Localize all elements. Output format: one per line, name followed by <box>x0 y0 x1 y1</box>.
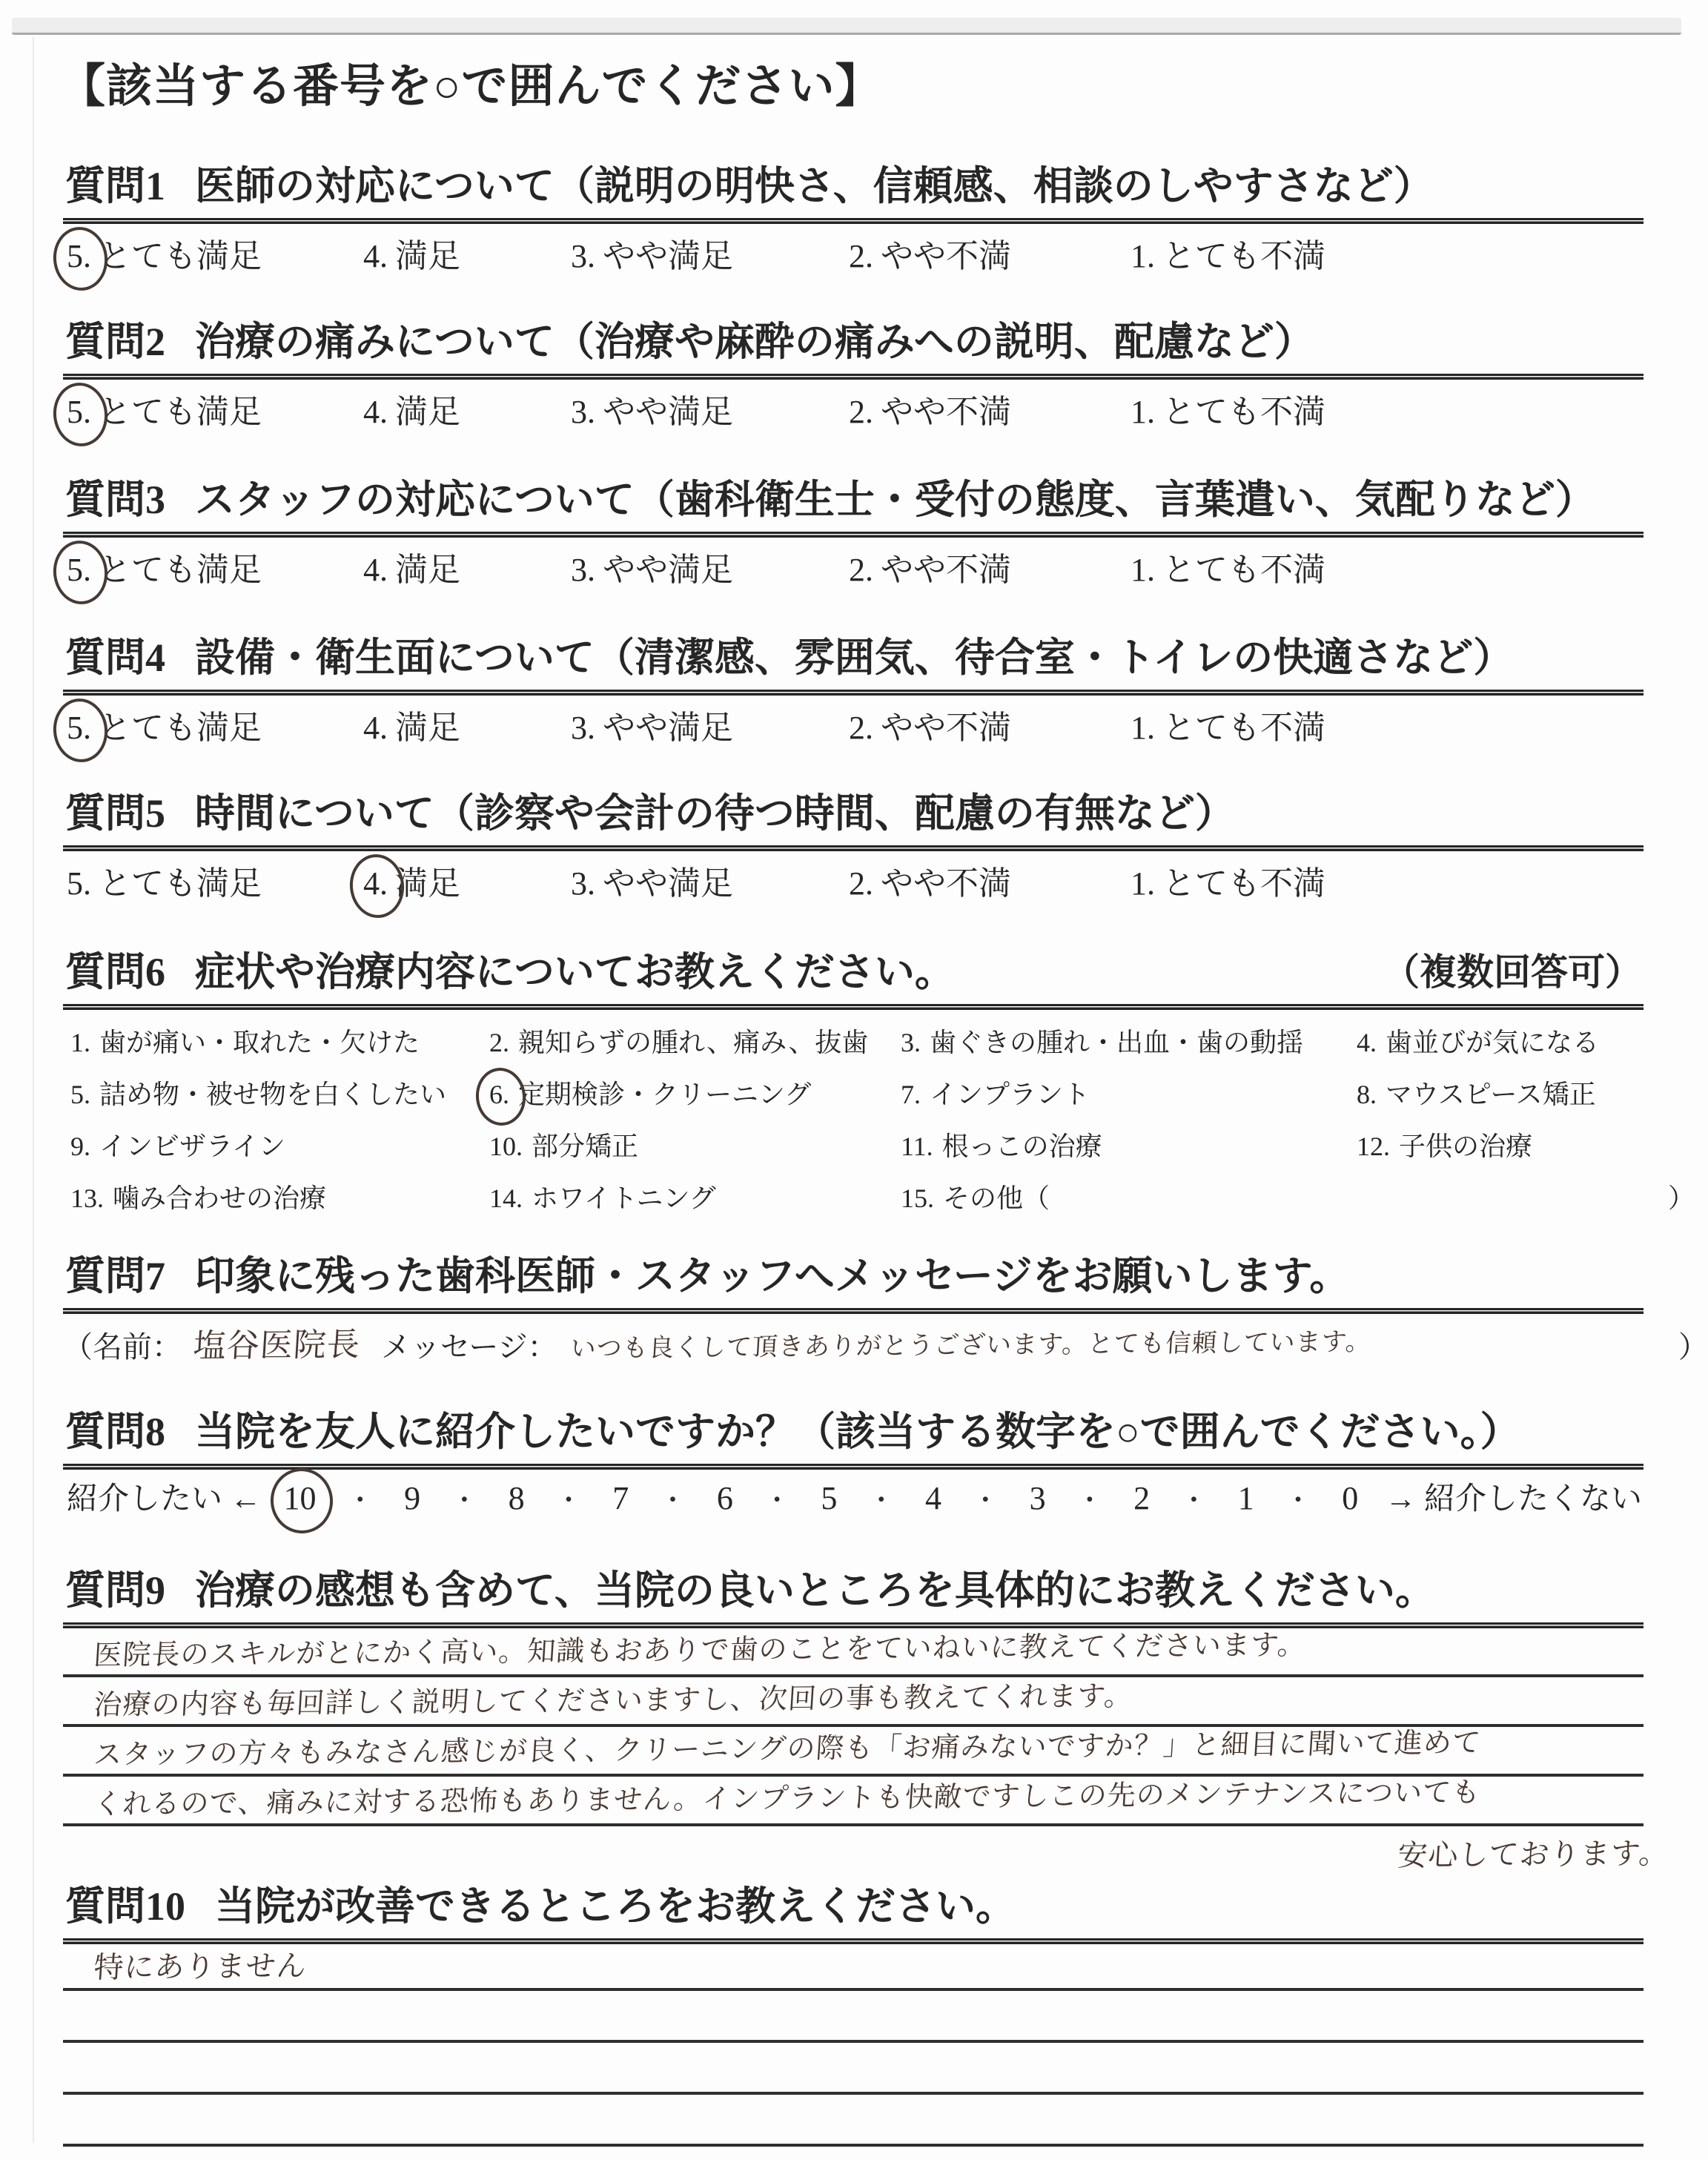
option-number-circle: 10. <box>489 1129 523 1164</box>
option-number: 5. <box>67 710 91 746</box>
option-label: とても満足 <box>99 863 262 905</box>
option-label: 子供の治療 <box>1399 1129 1532 1164</box>
question-8-title: 当院を友人に紹介したいですか？（該当する数字を○で囲んでください。） <box>195 1410 1520 1454</box>
question-2-option-4: 4.満足 <box>363 392 571 433</box>
question-6-option-11: 11.根っこの治療 <box>901 1129 1357 1164</box>
question-4-options: 5.とても満足 4.満足 3.やや満足 2.やや不満 1.とても不満 <box>67 707 1708 749</box>
scale-number-5: 5 <box>821 1477 837 1520</box>
question-5-option-3: 3.やや満足 <box>571 863 849 905</box>
message-field-prefix: メッセージ： <box>381 1327 557 1368</box>
option-number: 1. <box>1131 238 1155 274</box>
question-2-title: 治療の痛みについて（治療や麻酔の痛みへの説明、配慮など） <box>195 320 1314 364</box>
option-label: とても満足 <box>99 236 262 277</box>
question-5-option-2: 2.やや不満 <box>849 863 1131 905</box>
option-number: 12. <box>1357 1132 1390 1161</box>
option-number-circle: 5. <box>70 1077 90 1112</box>
question-5-label: 質問5 <box>65 791 165 836</box>
question-3-label: 質問3 <box>65 478 165 522</box>
option-number-circle: 2. <box>849 236 873 277</box>
question-6-option-13: 13.噛み合わせの治療 <box>70 1180 489 1216</box>
option-number-circle: 15. <box>901 1180 934 1216</box>
option-label: とても満足 <box>99 707 262 749</box>
question-7-header: 質問7印象に残った歯科医師・スタッフへメッセージをお願いします。 <box>65 1255 1708 1298</box>
option-number: 4. <box>1357 1028 1377 1057</box>
question-7-label: 質問7 <box>65 1254 165 1298</box>
question-2-option-5: 5.とても満足 <box>67 392 363 433</box>
option-number: 3. <box>571 865 595 902</box>
option-number: 2. <box>849 238 873 274</box>
option-number: 10. <box>489 1132 523 1161</box>
question-6-option-14: 14.ホワイトニング <box>489 1180 901 1216</box>
question-5: 質問5時間について（診察や会計の待つ時間、配慮の有無など） 5.とても満足 4.… <box>0 792 1708 905</box>
option-number: 3. <box>571 710 595 746</box>
question-1-label: 質問1 <box>65 164 165 208</box>
scale-left-label: 紹介したい ← <box>67 1478 262 1521</box>
questionnaire-scan-page: 【該当する番号を○で囲んでください】 質問1医師の対応について（説明の明快さ、信… <box>0 0 1708 2160</box>
question-10-header: 質問10当院が改善できるところをお教えください。 <box>65 1885 1708 1928</box>
question-5-header: 質問5時間について（診察や会計の待つ時間、配慮の有無など） <box>65 792 1708 835</box>
option-label: やや不満 <box>881 549 1011 591</box>
option-label: とても不満 <box>1162 236 1325 277</box>
option-number: 11. <box>901 1132 933 1161</box>
option-label: やや満足 <box>603 236 733 277</box>
question-10-title: 当院が改善できるところをお教えください。 <box>215 1884 1016 1929</box>
option-number-circle: 4. <box>1357 1025 1377 1060</box>
question-5-divider <box>63 845 1644 851</box>
option-number-circle: 1. <box>1131 392 1155 433</box>
option-number-circle: 1. <box>1131 863 1155 905</box>
option-label: インビザライン <box>99 1129 285 1164</box>
scale-number-8: 8 <box>509 1477 525 1520</box>
option-label: ホワイトニング <box>532 1180 716 1216</box>
question-5-option-5: 5.とても満足 <box>67 863 363 905</box>
scale-separator: ・ <box>347 1479 374 1522</box>
question-7-title: 印象に残った歯科医師・スタッフへメッセージをお願いします。 <box>195 1254 1349 1298</box>
option-number-circle: 2. <box>849 549 873 591</box>
handwritten-message: いつも良くして頂きありがとうございます。とても信頼しています。 <box>569 1318 1682 1370</box>
option-number: 2. <box>489 1028 509 1057</box>
option-label: とても満足 <box>99 549 262 591</box>
option-number-circle: 7. <box>901 1077 921 1112</box>
question-6-option-8: 8.マウスピース矯正 <box>1357 1077 1708 1112</box>
scale-separator: ・ <box>660 1479 686 1522</box>
option-label: とても不満 <box>1162 707 1325 749</box>
empty-answer-line <box>63 2095 1644 2147</box>
handwritten-answer-line-2: 治療の内容も毎回詳しく説明してくださいますし、次回の事も教えてくれます。 <box>93 1673 1134 1723</box>
question-6-options-grid: 1.歯が痛い・取れた・欠けた 2.親知らずの腫れ、痛み、抜歯 3.歯ぐきの腫れ・… <box>70 1025 1708 1232</box>
question-4-option-1: 1.とても不満 <box>1131 707 1325 749</box>
question-8-header: 質問8当院を友人に紹介したいですか？（該当する数字を○で囲んでください。） <box>65 1410 1708 1453</box>
option-label: やや不満 <box>881 392 1011 433</box>
question-8-divider <box>63 1464 1644 1470</box>
option-label: 満足 <box>395 236 460 277</box>
option-label: インプラント <box>930 1077 1090 1112</box>
scale-separator: ・ <box>868 1479 895 1522</box>
question-2-option-1: 1.とても不満 <box>1131 392 1325 433</box>
question-1-title: 医師の対応について（説明の明快さ、信頼感、相談のしやすさなど） <box>195 164 1434 208</box>
question-2-option-3: 3.やや満足 <box>571 392 849 433</box>
question-2-option-2: 2.やや不満 <box>849 392 1131 433</box>
question-6-option-9: 9.インビザライン <box>70 1129 489 1164</box>
option-number: 4. <box>363 238 388 274</box>
option-number: 4. <box>363 552 388 588</box>
option-label: 詰め物・被せ物を白くしたい <box>99 1077 446 1112</box>
question-2-header: 質問2治療の痛みについて（治療や麻酔の痛みへの説明、配慮など） <box>65 320 1708 363</box>
question-1-header: 質問1医師の対応について（説明の明快さ、信頼感、相談のしやすさなど） <box>65 165 1708 208</box>
name-field-close-paren: ） <box>1678 1327 1708 1368</box>
option-number-circle: 4. <box>363 863 388 905</box>
option-number: 1. <box>1131 865 1155 902</box>
handwritten-answer: 特にありません <box>93 1942 308 1986</box>
question-6-multi-answer-note: （複数回答可） <box>1383 951 1642 994</box>
question-1: 質問1医師の対応について（説明の明快さ、信頼感、相談のしやすさなど） 5.とても… <box>0 165 1708 277</box>
option-label: 満足 <box>395 549 460 591</box>
scale-separator: ・ <box>555 1479 582 1522</box>
option-number-circle: 3. <box>571 549 595 591</box>
option-number: 4. <box>363 865 388 902</box>
question-6-option-5: 5.詰め物・被せ物を白くしたい <box>70 1077 489 1112</box>
handwritten-name: 塩谷医院長 <box>192 1324 362 1367</box>
question-3-option-2: 2.やや不満 <box>849 549 1131 591</box>
option-number: 5. <box>67 865 91 902</box>
question-2-label: 質問2 <box>65 320 165 364</box>
question-10: 質問10当院が改善できるところをお教えください。 特にありません <box>0 1885 1708 2147</box>
option-number: 5. <box>67 552 91 588</box>
question-4-header: 質問4設備・衛生面について（清潔感、雰囲気、待合室・トイレの快適さなど） <box>65 636 1708 679</box>
scale-number-9: 9 <box>404 1477 420 1520</box>
answer-line-1: 特にありません <box>63 1944 1644 1991</box>
scale-number-2: 2 <box>1133 1477 1150 1520</box>
option-number: 2. <box>849 552 873 588</box>
option-number-circle: 4. <box>363 392 388 433</box>
option-number: 4. <box>363 710 388 746</box>
question-3-title: スタッフの対応について（歯科衛生士・受付の態度、言葉遣い、気配りなど） <box>195 478 1595 522</box>
option-number: 3. <box>901 1028 921 1057</box>
scale-separator: ・ <box>972 1479 999 1522</box>
question-2: 質問2治療の痛みについて（治療や麻酔の痛みへの説明、配慮など） 5.とても満足 … <box>0 320 1708 433</box>
question-1-divider <box>63 218 1644 224</box>
option-number-circle: 5. <box>67 392 91 433</box>
answer-line-4: くれるので、痛みに対する恐怖もありません。インプラントも快敵ですしこの先のメンテ… <box>63 1777 1644 1826</box>
option-number: 1. <box>1131 710 1155 746</box>
option-number: 5. <box>67 394 91 430</box>
question-10-label: 質問10 <box>65 1884 185 1929</box>
option-label: やや満足 <box>603 392 733 433</box>
option-number: 5. <box>70 1080 90 1109</box>
option-number: 1. <box>1131 552 1155 588</box>
question-6: 質問6症状や治療内容についてお教えください。 （複数回答可） 1.歯が痛い・取れ… <box>0 951 1708 1232</box>
option-number-circle: 1. <box>70 1025 90 1060</box>
option-label: やや満足 <box>603 863 733 905</box>
question-6-option-7: 7.インプラント <box>901 1077 1357 1112</box>
form-title: 【該当する番号を○で囲んでください】 <box>59 49 881 115</box>
option-label: 歯が痛い・取れた・欠けた <box>99 1025 420 1060</box>
option-number: 9. <box>70 1132 90 1161</box>
question-4-option-4: 4.満足 <box>363 707 571 749</box>
question-7-answer-row: （名前： 塩谷医院長 メッセージ： いつも良くして頂きありがとうございます。とて… <box>63 1326 1708 1370</box>
question-7: 質問7印象に残った歯科医師・スタッフへメッセージをお願いします。 （名前： 塩谷… <box>0 1255 1708 1370</box>
option-label: やや不満 <box>881 236 1011 277</box>
question-6-divider <box>63 1004 1644 1010</box>
option-label: やや不満 <box>881 863 1011 905</box>
option-label: 満足 <box>395 392 460 433</box>
option-number-circle: 1. <box>1131 549 1155 591</box>
option-label: とても満足 <box>99 392 262 433</box>
question-9-title: 治療の感想も含めて、当院の良いところを具体的にお教えください。 <box>195 1568 1435 1613</box>
question-2-divider <box>63 374 1644 380</box>
option-number: 4. <box>363 394 388 430</box>
scale-number-7: 7 <box>612 1477 629 1520</box>
option-number-circle: 3. <box>571 863 595 905</box>
scale-separator: ・ <box>451 1479 477 1522</box>
scale-right-label: → 紹介したくない <box>1385 1478 1642 1521</box>
question-5-option-1: 1.とても不満 <box>1131 863 1325 905</box>
option-label: 満足 <box>395 707 460 749</box>
question-3: 質問3スタッフの対応について（歯科衛生士・受付の態度、言葉遣い、気配りなど） 5… <box>0 478 1708 591</box>
option-number-circle: 14. <box>489 1180 523 1216</box>
question-9-label: 質問9 <box>65 1568 165 1613</box>
option-label: 歯並びが気になる <box>1386 1025 1599 1060</box>
option-label: 噛み合わせの治療 <box>113 1180 326 1216</box>
scale-separator: ・ <box>1180 1479 1207 1522</box>
handwritten-answer-line-3: スタッフの方々もみなさん感じが良く、クリーニングの際も「お痛みないですか？」と細… <box>93 1720 1483 1772</box>
option-number: 6. <box>489 1080 509 1109</box>
question-4-label: 質問4 <box>65 635 165 680</box>
option-number: 2. <box>849 710 873 746</box>
option-number: 14. <box>489 1183 523 1213</box>
question-1-option-3: 3.やや満足 <box>571 236 849 277</box>
question-6-row-3: 9.インビザライン 10.部分矯正 11.根っこの治療 12.子供の治療 <box>70 1129 1708 1180</box>
option-number-circle: 5. <box>67 707 91 749</box>
question-1-option-2: 2.やや不満 <box>849 236 1131 277</box>
option-label: 満足 <box>395 863 460 905</box>
question-6-option-6: 6.定期検診・クリーニング <box>489 1077 901 1112</box>
question-1-option-5: 5.とても満足 <box>67 236 363 277</box>
option-number-circle: 4. <box>363 707 388 749</box>
option-number: 1. <box>1131 394 1155 430</box>
question-6-row-1: 1.歯が痛い・取れた・欠けた 2.親知らずの腫れ、痛み、抜歯 3.歯ぐきの腫れ・… <box>70 1025 1708 1077</box>
question-6-title: 症状や治療内容についてお教えください。 <box>195 950 955 994</box>
question-5-title: 時間について（診察や会計の待つ時間、配慮の有無など） <box>195 791 1235 836</box>
option-number: 15. <box>901 1183 934 1213</box>
option-number-circle: 6. <box>489 1077 509 1112</box>
option-label: やや満足 <box>603 707 733 749</box>
question-3-options: 5.とても満足 4.満足 3.やや満足 2.やや不満 1.とても不満 <box>67 549 1708 591</box>
option-number-circle: 9. <box>70 1129 90 1164</box>
question-2-options: 5.とても満足 4.満足 3.やや満足 2.やや不満 1.とても不満 <box>67 392 1708 433</box>
option-number-circle: 2. <box>849 392 873 433</box>
question-3-option-4: 4.満足 <box>363 549 571 591</box>
question-6-row-4: 13.噛み合わせの治療 14.ホワイトニング 15.その他（ ） <box>70 1180 1708 1232</box>
question-6-option-10: 10.部分矯正 <box>489 1129 901 1164</box>
question-9-header: 質問9治療の感想も含めて、当院の良いところを具体的にお教えください。 <box>65 1569 1708 1612</box>
scale-number-0: 0 <box>1342 1477 1358 1520</box>
question-8-label: 質問8 <box>65 1410 165 1454</box>
option-label: 定期検診・クリーニング <box>518 1077 811 1112</box>
scale-number-4: 4 <box>925 1477 941 1520</box>
nps-scale-row: 紹介したい ← 10・ 9・ 8・ 7・ 6・ 5・ 4・ 3・ 2・ 1・ 0… <box>67 1477 1642 1522</box>
option-label: 根っこの治療 <box>942 1129 1102 1164</box>
option-label: やや満足 <box>603 549 733 591</box>
question-4-option-2: 2.やや不満 <box>849 707 1131 749</box>
option-number-circle: 5. <box>67 863 91 905</box>
question-6-row-2: 5.詰め物・被せ物を白くしたい 6.定期検診・クリーニング 7.インプラント 8… <box>70 1077 1708 1129</box>
empty-answer-line <box>63 2043 1644 2095</box>
option-label: その他（ <box>943 1180 1050 1216</box>
option-number-circle: 2. <box>489 1025 509 1060</box>
option-number: 13. <box>70 1183 104 1213</box>
scale-number-3: 3 <box>1030 1477 1046 1520</box>
scale-number-1: 1 <box>1238 1477 1254 1520</box>
option-number: 5. <box>67 238 91 274</box>
question-4-option-5: 5.とても満足 <box>67 707 363 749</box>
question-9: 質問9治療の感想も含めて、当院の良いところを具体的にお教えください。 医院長のス… <box>0 1569 1708 1875</box>
question-3-option-5: 5.とても満足 <box>67 549 363 591</box>
question-3-header: 質問3スタッフの対応について（歯科衛生士・受付の態度、言葉遣い、気配りなど） <box>65 478 1708 521</box>
question-4-title: 設備・衛生面について（清潔感、雰囲気、待合室・トイレの快適さなど） <box>195 635 1513 680</box>
option-number-circle: 3. <box>571 707 595 749</box>
option-number: 3. <box>571 394 595 430</box>
option-number: 7. <box>901 1080 921 1109</box>
scale-separator: ・ <box>1076 1479 1103 1522</box>
option-number-circle: 3. <box>901 1025 921 1060</box>
question-6-option-2: 2.親知らずの腫れ、痛み、抜歯 <box>489 1025 901 1060</box>
option-number-circle: 1. <box>1131 236 1155 277</box>
question-6-option-1: 1.歯が痛い・取れた・欠けた <box>70 1025 489 1060</box>
option-label: 親知らずの腫れ、痛み、抜歯 <box>518 1025 868 1060</box>
option-number: 2. <box>849 394 873 430</box>
option-number-circle: 8. <box>1357 1077 1377 1112</box>
option-number-circle: 3. <box>571 236 595 277</box>
question-3-divider <box>63 532 1644 538</box>
option-label: 部分矯正 <box>532 1129 638 1164</box>
option-label: とても不満 <box>1162 863 1325 905</box>
option-number-circle: 2. <box>849 707 873 749</box>
question-1-option-1: 1.とても不満 <box>1131 236 1325 277</box>
scale-number-10: 10 <box>284 1477 317 1520</box>
option-label: やや不満 <box>881 707 1011 749</box>
option-number-circle: 4. <box>363 549 388 591</box>
option-number-circle: 1. <box>1131 707 1155 749</box>
question-4-option-3: 3.やや満足 <box>571 707 849 749</box>
option-label: とても不満 <box>1162 549 1325 591</box>
option-number-circle: 5. <box>67 549 91 591</box>
question-4: 質問4設備・衛生面について（清潔感、雰囲気、待合室・トイレの快適さなど） 5.と… <box>0 636 1708 749</box>
question-5-options: 5.とても満足 4.満足 3.やや満足 2.やや不満 1.とても不満 <box>67 863 1708 905</box>
option-number-circle: 4. <box>363 236 388 277</box>
option-number: 1. <box>70 1028 90 1057</box>
handwritten-answer-line-1: 医院長のスキルがとにかく高い。知識もおありで歯のことをていねいに教えてくださいま… <box>93 1622 1308 1673</box>
question-7-divider <box>63 1308 1644 1314</box>
handwritten-answer-line-4: くれるので、痛みに対する恐怖もありません。インプラントも快敵ですしこの先のメンテ… <box>93 1769 1482 1822</box>
question-6-option-3: 3.歯ぐきの腫れ・出血・歯の動揺 <box>901 1025 1357 1060</box>
question-8: 質問8当院を友人に紹介したいですか？（該当する数字を○で囲んでください。） 紹介… <box>0 1410 1708 1522</box>
option-number: 8. <box>1357 1080 1377 1109</box>
name-field-prefix: （名前： <box>63 1327 182 1368</box>
question-3-option-3: 3.やや満足 <box>571 549 849 591</box>
option-number-circle: 13. <box>70 1180 104 1216</box>
handwritten-answer-overflow: 安心しております。 <box>1397 1830 1671 1875</box>
option-number: 2. <box>849 865 873 902</box>
option-number: 3. <box>571 552 595 588</box>
question-6-option-12: 12.子供の治療 <box>1357 1129 1708 1164</box>
scale-separator: ・ <box>1285 1479 1311 1522</box>
option-number-circle: 5. <box>67 236 91 277</box>
option-label: とても不満 <box>1162 392 1325 433</box>
scanner-edge-artifact <box>12 18 1681 35</box>
option-number-circle: 2. <box>849 863 873 905</box>
option-number-circle: 11. <box>901 1129 933 1164</box>
question-1-option-4: 4.満足 <box>363 236 571 277</box>
option-number-circle: 3. <box>571 392 595 433</box>
option-label: マウスピース矯正 <box>1386 1077 1596 1112</box>
option-number: 3. <box>571 238 595 274</box>
question-3-option-1: 1.とても不満 <box>1131 549 1325 591</box>
question-1-options: 5.とても満足 4.満足 3.やや満足 2.やや不満 1.とても不満 <box>67 236 1708 277</box>
option-number-circle: 12. <box>1357 1129 1390 1164</box>
nps-scale-numbers: 10・ 9・ 8・ 7・ 6・ 5・ 4・ 3・ 2・ 1・ 0 <box>262 1477 1386 1522</box>
question-4-divider <box>63 690 1644 696</box>
question-6-option-15: 15.その他（ <box>901 1180 1357 1216</box>
option-label: 歯ぐきの腫れ・出血・歯の動揺 <box>930 1025 1303 1060</box>
question-6-option-4: 4.歯並びが気になる <box>1357 1025 1708 1060</box>
question-5-option-4: 4.満足 <box>363 863 571 905</box>
question-6-option-15-close-paren: ） <box>1357 1180 1708 1216</box>
answer-overflow-line: 安心しております。 <box>0 1832 1668 1875</box>
empty-answer-line <box>63 1991 1644 2043</box>
scale-separator: ・ <box>764 1479 790 1522</box>
answer-line-1: 医院長のスキルがとにかく高い。知識もおありで歯のことをていねいに教えてくださいま… <box>63 1628 1644 1677</box>
question-6-label: 質問6 <box>65 950 165 994</box>
scale-number-6: 6 <box>717 1477 733 1520</box>
